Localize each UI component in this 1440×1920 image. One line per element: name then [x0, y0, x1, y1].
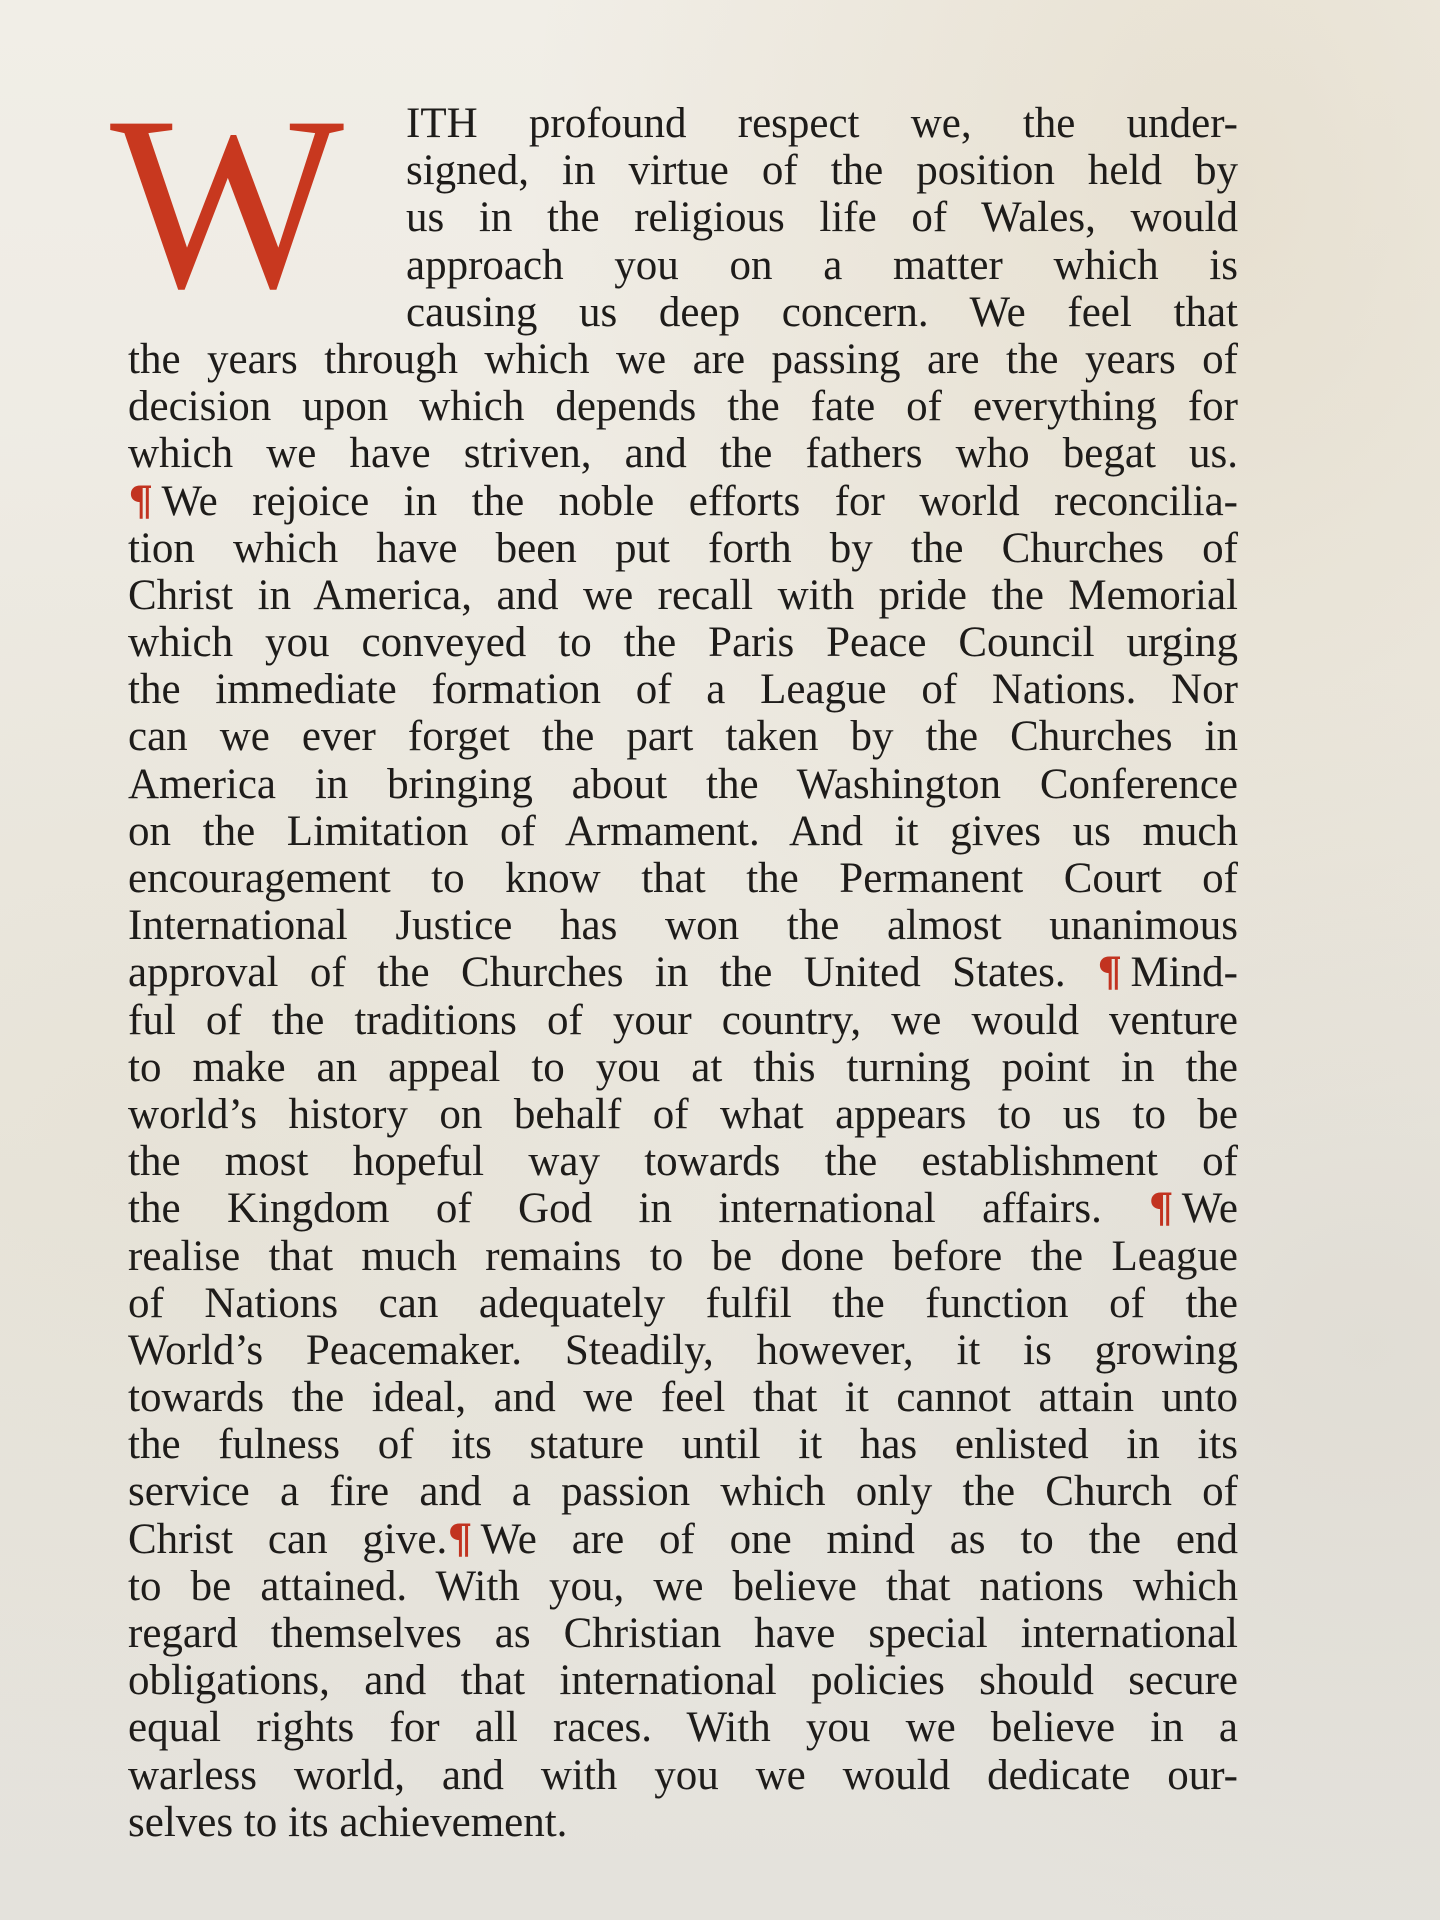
letter-page: W ITH profound respect we, the under- si… [0, 0, 1440, 1920]
text-line: towards the ideal, and we feel that it c… [128, 1374, 1238, 1421]
text-line: to be attained. With you, we believe tha… [128, 1563, 1238, 1610]
text-line: causing us deep concern. We feel that [406, 289, 1238, 336]
text-line: encouragement to know that the Permanent… [128, 855, 1238, 902]
text-line: warless world, and with you we would ded… [128, 1752, 1238, 1799]
text-line: tion which have been put forth by the Ch… [128, 525, 1238, 572]
text-line: realise that much remains to be done bef… [128, 1233, 1238, 1280]
paragraph-mark-icon: ¶ [128, 478, 153, 525]
text-line: ful of the traditions of your country, w… [128, 997, 1238, 1044]
text-line: service a fire and a passion which only … [128, 1468, 1238, 1515]
text-line: signed, in virtue of the position held b… [406, 147, 1238, 194]
text-line: regard themselves as Christian have spec… [128, 1610, 1238, 1657]
text-line: approval of the Churches in the United S… [128, 949, 1238, 996]
text-line: us in the religious life of Wales, would [406, 194, 1238, 241]
text-line: America in bringing about the Washington… [128, 761, 1238, 808]
text-line: the most hopeful way towards the establi… [128, 1138, 1238, 1185]
text-line: Christ in America, and we recall with pr… [128, 572, 1238, 619]
text-line: equal rights for all races. With you we … [128, 1704, 1238, 1751]
text-line: to make an appeal to you at this turning… [128, 1044, 1238, 1091]
text-line: International Justice has won the almost… [128, 902, 1238, 949]
text-line: approach you on a matter which is [406, 242, 1238, 289]
text-line: the Kingdom of God in international affa… [128, 1185, 1238, 1232]
text-line: which we have striven, and the fathers w… [128, 430, 1238, 477]
text-line: of Nations can adequately fulfil the fun… [128, 1280, 1238, 1327]
drop-cap: W [110, 108, 390, 308]
text-line: the fulness of its stature until it has … [128, 1421, 1238, 1468]
text-line: world’s history on behalf of what appear… [128, 1091, 1238, 1138]
text-line: World’s Peacemaker. Steadily, however, i… [128, 1327, 1238, 1374]
text-line: can we ever forget the part taken by the… [128, 713, 1238, 760]
text-line: selves to its achievement. [128, 1799, 1238, 1846]
paragraph-mark-icon: ¶ [1148, 1185, 1173, 1232]
paragraph-mark-icon: ¶ [1097, 949, 1122, 996]
text-line: decision upon which depends the fate of … [128, 383, 1238, 430]
letter-body: W ITH profound respect we, the under- si… [128, 100, 1238, 1846]
text-line: which you conveyed to the Paris Peace Co… [128, 619, 1238, 666]
text-line: ITH profound respect we, the under- [406, 100, 1238, 147]
text-line: obligations, and that international poli… [128, 1657, 1238, 1704]
text-line: ¶We rejoice in the noble efforts for wor… [128, 478, 1238, 525]
text-line: the immediate formation of a League of N… [128, 666, 1238, 713]
text-line: the years through which we are passing a… [128, 336, 1238, 383]
paragraph-mark-icon: ¶ [447, 1516, 472, 1563]
text-line: on the Limitation of Armament. And it gi… [128, 808, 1238, 855]
text-line: Christ can give.¶We are of one mind as t… [128, 1516, 1238, 1563]
